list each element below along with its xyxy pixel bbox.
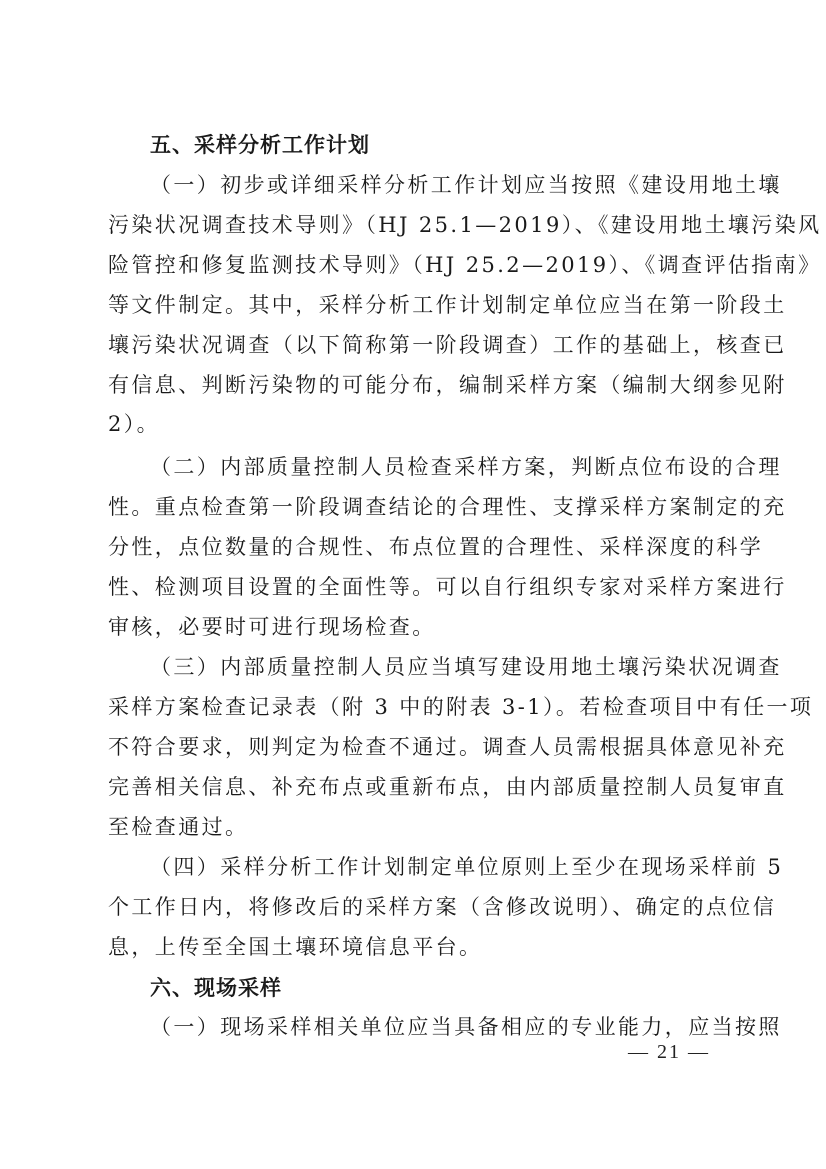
paragraph-line: （一）初步或详细采样分析工作计划应当按照《建设用地土壤 bbox=[150, 171, 722, 199]
document-page: 五、采样分析工作计划 （一）初步或详细采样分析工作计划应当按照《建设用地土壤 污… bbox=[0, 0, 826, 1169]
paragraph-line: 性。重点检查第一阶段调查结论的合理性、支撑采样方案制定的充 bbox=[108, 493, 722, 521]
paragraph-line: （三）内部质量控制人员应当填写建设用地土壤污染状况调查 bbox=[150, 653, 722, 681]
page-number: — 21 — bbox=[628, 1040, 710, 1064]
paragraph-line: 有信息、判断污染物的可能分布，编制采样方案（编制大纲参见附 bbox=[108, 371, 722, 399]
paragraph-line: 不符合要求，则判定为检查不通过。调查人员需根据具体意见补充 bbox=[108, 733, 722, 761]
section-heading-6: 六、现场采样 bbox=[150, 974, 282, 1002]
paragraph-line: 至检查通过。 bbox=[108, 813, 722, 841]
paragraph-line: 2）。 bbox=[108, 410, 722, 438]
section-heading-5: 五、采样分析工作计划 bbox=[150, 131, 370, 159]
paragraph-line: 采样方案检查记录表（附 3 中的附表 3-1）。若检查项目中有任一项 bbox=[108, 693, 722, 721]
paragraph-line: 性、检测项目设置的全面性等。可以自行组织专家对采样方案进行 bbox=[108, 573, 722, 601]
paragraph-line: 分性，点位数量的合规性、布点位置的合理性、采样深度的科学 bbox=[108, 533, 722, 561]
paragraph-line: 审核，必要时可进行现场检查。 bbox=[108, 613, 722, 641]
paragraph-line: 壤污染状况调查（以下简称第一阶段调查）工作的基础上，核查已 bbox=[108, 331, 722, 359]
paragraph-line: 险管控和修复监测技术导则》（HJ 25.2—2019）、《调查评估指南》 bbox=[108, 251, 722, 279]
paragraph-line: 等文件制定。其中，采样分析工作计划制定单位应当在第一阶段土 bbox=[108, 291, 722, 319]
paragraph-line: 息，上传至全国土壤环境信息平台。 bbox=[108, 933, 722, 961]
paragraph-line: （二）内部质量控制人员检查采样方案，判断点位布设的合理 bbox=[150, 453, 722, 481]
paragraph-line: 完善相关信息、补充布点或重新布点，由内部质量控制人员复审直 bbox=[108, 773, 722, 801]
paragraph-line: 个工作日内，将修改后的采样方案（含修改说明）、确定的点位信 bbox=[108, 893, 722, 921]
paragraph-line: 污染状况调查技术导则》（HJ 25.1—2019）、《建设用地土壤污染风 bbox=[108, 211, 722, 239]
paragraph-line: （一）现场采样相关单位应当具备相应的专业能力，应当按照 bbox=[150, 1013, 722, 1041]
paragraph-line: （四）采样分析工作计划制定单位原则上至少在现场采样前 5 bbox=[150, 853, 722, 881]
